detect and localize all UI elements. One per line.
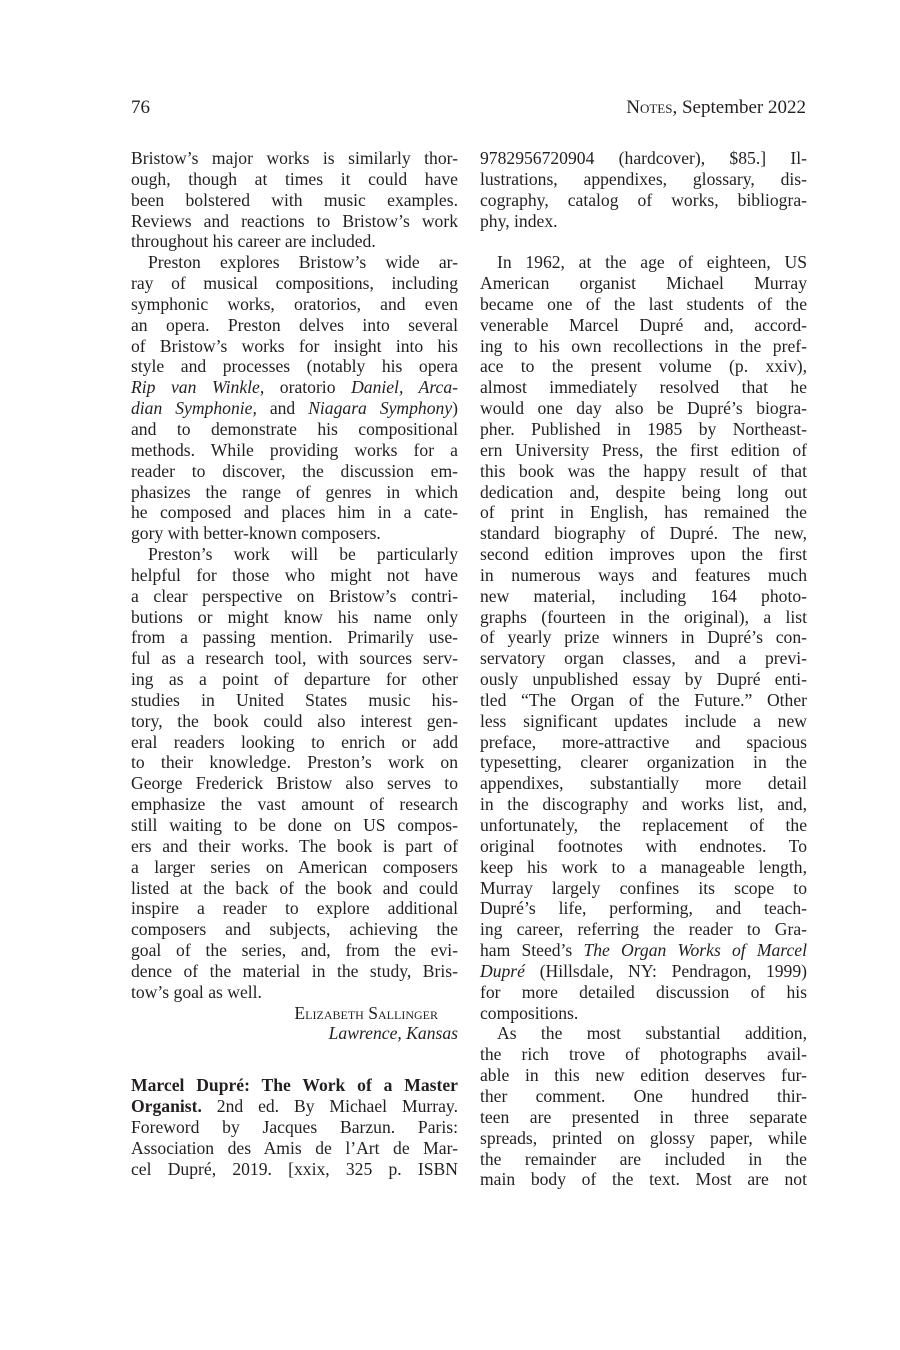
text-line: tory, the book could also interest gen- <box>131 711 458 732</box>
paragraph-bristow-works: Bristow’s major works is similarly thor-… <box>131 148 458 252</box>
text-line: butions or might know his name only <box>131 607 458 628</box>
paragraph-compositions: Preston explores Bristow’s wide ar- ray … <box>131 252 458 544</box>
text-line: to their knowledge. Preston’s work on <box>131 752 458 773</box>
text-line: for more detailed discussion of his <box>480 982 807 1003</box>
text-line: an opera. Preston delves into several <box>131 315 458 336</box>
text-line: still waiting to be done on US compos- <box>131 815 458 836</box>
text-line: able in this new edition deserves fur- <box>480 1065 807 1086</box>
text-line: cel Dupré, 2019. [xxix, 325 p. ISBN <box>131 1159 458 1180</box>
text-line: gory with better-known composers. <box>131 523 458 544</box>
text-line: compositions. <box>480 1003 807 1024</box>
text-line: reader to discover, the discussion em- <box>131 461 458 482</box>
text-line: 9782956720904 (hardcover), $85.] Il- <box>480 148 807 169</box>
text-line: In 1962, at the age of eighteen, US <box>480 252 807 273</box>
text-line: been bolstered with music examples. <box>131 190 458 211</box>
text-line: Bristow’s major works is similarly thor- <box>131 148 458 169</box>
paragraph-photographs: As the most substantial addition, the ri… <box>480 1023 807 1190</box>
text-line: ing as a point of departure for other <box>131 669 458 690</box>
text-line: he composed and places him in a cate- <box>131 502 458 523</box>
text-line: Preston explores Bristow’s wide ar- <box>131 252 458 273</box>
text-line: phy, index. <box>480 211 807 232</box>
text-line: would one day also be Dupré’s biogra- <box>480 398 807 419</box>
text-line: composers and subjects, achieving the <box>131 919 458 940</box>
text-line: dian Symphonie, and Niagara Symphony) <box>131 398 458 419</box>
text-line: in numerous ways and features much <box>480 565 807 586</box>
text-line: preface, more-attractive and spacious <box>480 732 807 753</box>
work-title: Rip van Winkle, <box>131 377 264 397</box>
text-line: ern University Press, the first edition … <box>480 440 807 461</box>
text-line: a clear perspective on Bristow’s contri- <box>131 586 458 607</box>
work-title: Dupré <box>480 961 525 981</box>
right-column: 9782956720904 (hardcover), $85.] Il- lus… <box>480 148 807 1190</box>
text-line: Preston’s work will be particularly <box>131 544 458 565</box>
reviewer-name: Elizabeth Sallinger <box>131 1003 458 1024</box>
running-head: Notes, September 2022 <box>626 96 806 120</box>
text-line: Murray largely confines its scope to <box>480 878 807 899</box>
text-line: emphasize the vast amount of research <box>131 794 458 815</box>
text-line: dence of the material in the study, Bris… <box>131 961 458 982</box>
text-line: second edition improves upon the first <box>480 544 807 565</box>
text-line: in the discography and works list, and, <box>480 794 807 815</box>
work-title: Daniel, Arca- <box>351 377 458 397</box>
text-line: Foreword by Jacques Barzun. Paris: <box>131 1117 458 1138</box>
text-line: ham Steed’s The Organ Works of Marcel <box>480 940 807 961</box>
text-line: almost immediately resolved that he <box>480 377 807 398</box>
text-line: ing career, referring the reader to Gra- <box>480 919 807 940</box>
text-line: ther comment. One hundred thir- <box>480 1086 807 1107</box>
text-line: listed at the back of the book and could <box>131 878 458 899</box>
reviewer-location: Lawrence, Kansas <box>131 1023 458 1044</box>
spacer <box>480 231 807 252</box>
text-line: the rich trove of photographs avail- <box>480 1044 807 1065</box>
text-line: Dupré’s life, performing, and teach- <box>480 898 807 919</box>
text-line: appendixes, substantially more detail <box>480 773 807 794</box>
page-number: 76 <box>131 96 150 120</box>
text-line: graphs (fourteen in the original), a lis… <box>480 607 807 628</box>
work-title: The Organ Works of Marcel <box>583 940 807 960</box>
text-line: Association des Amis de l’Art de Mar- <box>131 1138 458 1159</box>
text-line: eral readers looking to enrich or add <box>131 732 458 753</box>
text-line: studies in United States music his- <box>131 690 458 711</box>
text-line: from a passing mention. Primarily use- <box>131 627 458 648</box>
text-line: American organist Michael Murray <box>480 273 807 294</box>
text-line: ers and their works. The book is part of <box>131 836 458 857</box>
text-line: new material, including 164 photo- <box>480 586 807 607</box>
text-line: Reviews and reactions to Bristow’s work <box>131 211 458 232</box>
text-line: typesetting, clearer organization in the <box>480 752 807 773</box>
text-line: methods. While providing works for a <box>131 440 458 461</box>
citation-continued: 9782956720904 (hardcover), $85.] Il- lus… <box>480 148 807 231</box>
text-line: this book was the happy result of that <box>480 461 807 482</box>
text-line: symphonic works, oratorios, and even <box>131 294 458 315</box>
book-title: Organist. <box>131 1096 202 1116</box>
paragraph-murray-intro: In 1962, at the age of eighteen, US Amer… <box>480 252 807 1023</box>
text-line: unfortunately, the replacement of the <box>480 815 807 836</box>
text-line: throughout his career are included. <box>131 231 458 252</box>
review-citation: Marcel Dupré: The Work of a Master Organ… <box>131 1075 458 1179</box>
text-line: Dupré (Hillsdale, NY: Pendragon, 1999) <box>480 961 807 982</box>
left-column: Bristow’s major works is similarly thor-… <box>131 148 458 1179</box>
text-line: George Frederick Bristow also serves to <box>131 773 458 794</box>
text-line: ously unpublished essay by Dupré enti- <box>480 669 807 690</box>
text-line: a larger series on American composers <box>131 857 458 878</box>
work-title: Niagara Symphony <box>308 398 452 418</box>
text-line: teen are presented in three separate <box>480 1107 807 1128</box>
text-line: of Bristow’s works for insight into his <box>131 336 458 357</box>
text-line: main body of the text. Most are not <box>480 1169 807 1190</box>
text-line: less significant updates include a new <box>480 711 807 732</box>
spacer <box>131 1065 458 1075</box>
paragraph-conclusion: Preston’s work will be particularly help… <box>131 544 458 1003</box>
text-line: dedication and, despite being long out <box>480 482 807 503</box>
text-line: ace to the present volume (p. xxiv), <box>480 356 807 377</box>
text-line: tled “The Organ of the Future.” Other <box>480 690 807 711</box>
text-line: cography, catalog of works, bibliogra- <box>480 190 807 211</box>
book-title: Marcel Dupré: The Work of a Master <box>131 1075 458 1095</box>
text-line: ful as a research tool, with sources ser… <box>131 648 458 669</box>
text-line: of print in English, has remained the <box>480 502 807 523</box>
text-line: ray of musical compositions, including <box>131 273 458 294</box>
journal-issue: , September 2022 <box>672 97 806 118</box>
text-line: and to demonstrate his compositional <box>131 419 458 440</box>
text-line: original footnotes with endnotes. To <box>480 836 807 857</box>
text-line: helpful for those who might not have <box>131 565 458 586</box>
page-header: 76 Notes, September 2022 <box>131 96 806 120</box>
text-line: inspire a reader to explore additional <box>131 898 458 919</box>
text-line: the remainder are included in the <box>480 1149 807 1170</box>
text-line: servatory organ classes, and a previ- <box>480 648 807 669</box>
text-line: standard biography of Dupré. The new, <box>480 523 807 544</box>
text-line: ough, though at times it could have <box>131 169 458 190</box>
text-line: keep his work to a manageable length, <box>480 857 807 878</box>
text-line: lustrations, appendixes, glossary, dis- <box>480 169 807 190</box>
text-line: became one of the last students of the <box>480 294 807 315</box>
text-line: of yearly prize winners in Dupré’s con- <box>480 627 807 648</box>
text-line: goal of the series, and, from the evi- <box>131 940 458 961</box>
text-line: tow’s goal as well. <box>131 982 458 1003</box>
work-title: dian Symphonie, <box>131 398 257 418</box>
text-line: style and processes (notably his opera <box>131 356 458 377</box>
text-line: phasizes the range of genres in which <box>131 482 458 503</box>
text-line: Organist. 2nd ed. By Michael Murray. <box>131 1096 458 1117</box>
text-line: spreads, printed on glossy paper, while <box>480 1128 807 1149</box>
text-line: venerable Marcel Dupré and, accord- <box>480 315 807 336</box>
text-line: As the most substantial addition, <box>480 1023 807 1044</box>
spacer <box>131 1044 458 1065</box>
journal-name: Notes <box>626 97 672 118</box>
text-line: ing to his own recollections in the pref… <box>480 336 807 357</box>
text-line: pher. Published in 1985 by Northeast- <box>480 419 807 440</box>
text-line: Marcel Dupré: The Work of a Master <box>131 1075 458 1096</box>
text-line: Rip van Winkle, oratorio Daniel, Arca- <box>131 377 458 398</box>
